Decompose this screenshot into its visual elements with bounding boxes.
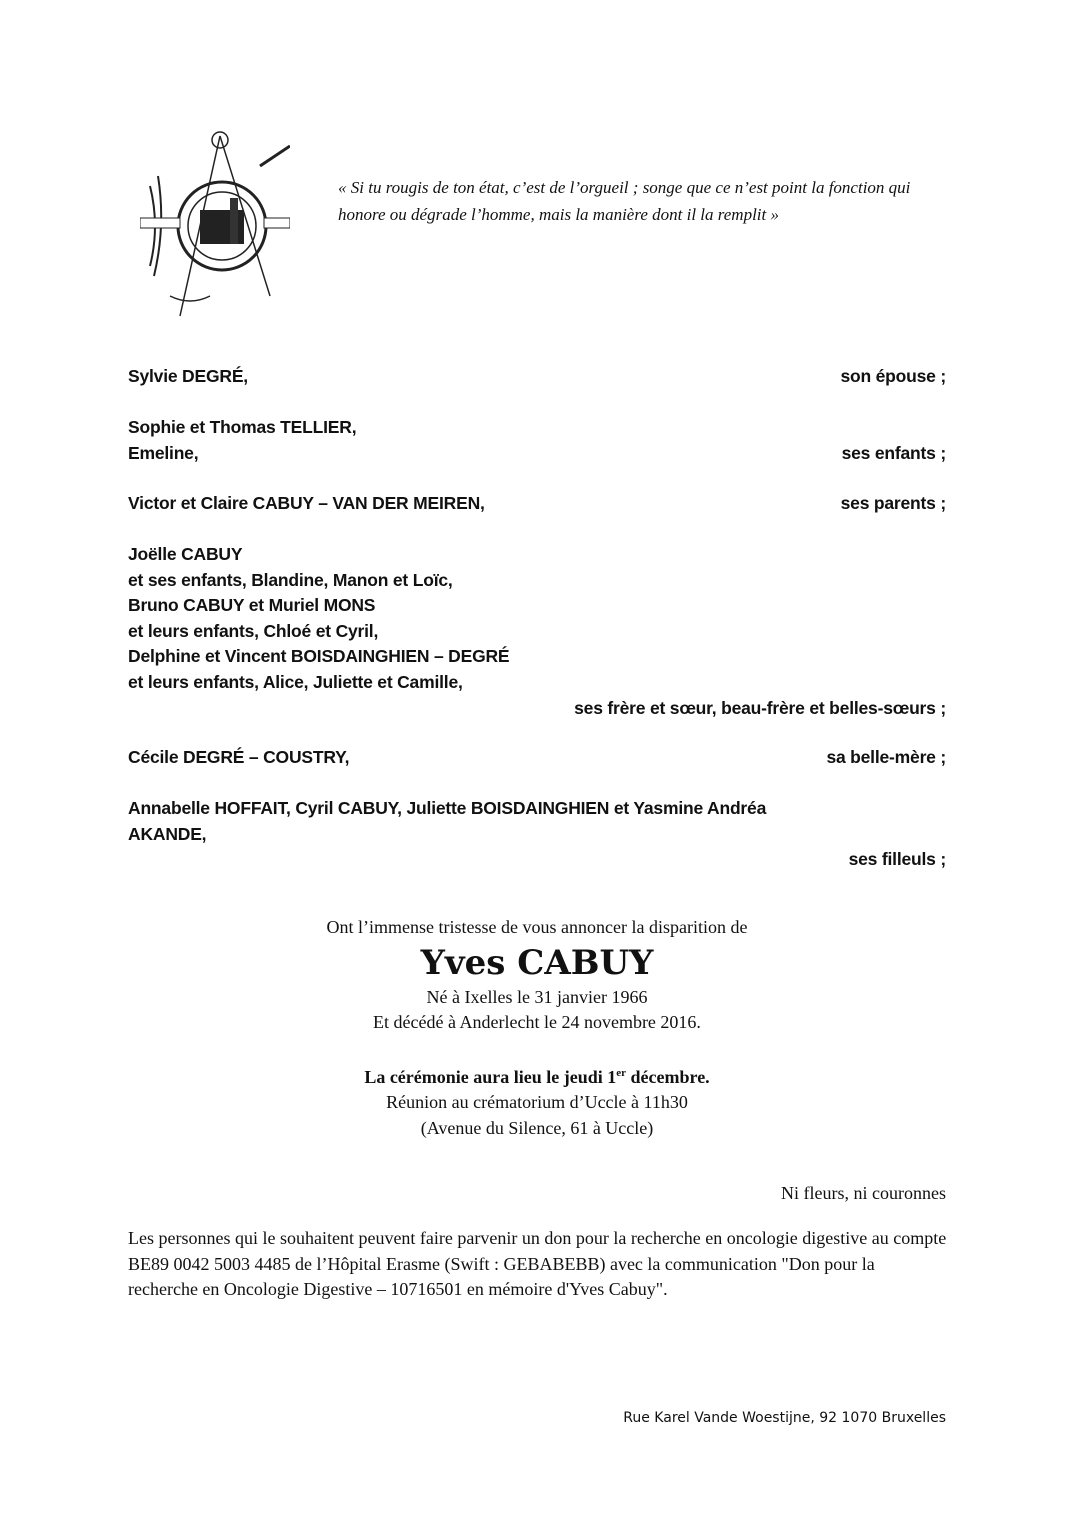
family-entry-godchildren: Annabelle HOFFAIT, Cyril CABUY, Juliette… xyxy=(128,796,946,873)
announcement: Ont l’immense tristesse de vous annoncer… xyxy=(128,915,946,1142)
family-entry-siblings: Joëlle CABUY et ses enfants, Blandine, M… xyxy=(128,542,946,721)
family-name: et ses enfants, Blandine, Manon et Loïc, xyxy=(128,568,946,594)
family-entry-mother-in-law: Cécile DEGRÉ – COUSTRY,sa belle-mère ; xyxy=(128,745,946,771)
masonic-quote: « Si tu rougis de ton état, c’est de l’o… xyxy=(338,174,938,228)
family-name: AKANDE, xyxy=(128,822,946,848)
family-name: Victor et Claire CABUY – VAN DER MEIREN, xyxy=(128,491,485,517)
family-name: Bruno CABUY et Muriel MONS xyxy=(128,593,946,619)
family-entry-parents: Victor et Claire CABUY – VAN DER MEIREN,… xyxy=(128,491,946,517)
family-name: et leurs enfants, Chloé et Cyril, xyxy=(128,619,946,645)
family-name: Sophie et Thomas TELLIER, xyxy=(128,415,946,441)
relation-label: ses enfants ; xyxy=(842,441,946,467)
family-name: Emeline, xyxy=(128,441,198,467)
family-name: Joëlle CABUY xyxy=(128,542,946,568)
family-name: et leurs enfants, Alice, Juliette et Cam… xyxy=(128,670,946,696)
family-name: Delphine et Vincent BOISDAINGHIEN – DEGR… xyxy=(128,644,946,670)
no-flowers-note: Ni fleurs, ni couronnes xyxy=(781,1183,946,1204)
birth-info: Né à Ixelles le 31 janvier 1966 xyxy=(128,985,946,1011)
relation-label: ses parents ; xyxy=(841,491,946,517)
family-entry-children: Sophie et Thomas TELLIER, Emeline,ses en… xyxy=(128,415,946,466)
relation-label: ses filleuls ; xyxy=(128,847,946,873)
family-name: Sylvie DEGRÉ, xyxy=(128,364,248,390)
donation-info: Les personnes qui le souhaitent peuvent … xyxy=(128,1226,948,1303)
ceremony-date: La cérémonie aura lieu le jeudi 1er déce… xyxy=(128,1061,946,1091)
family-entry-spouse: Sylvie DEGRÉ,son épouse ; xyxy=(128,364,946,390)
relation-label: ses frère et sœur, beau-frère et belles-… xyxy=(128,696,946,722)
relation-label: sa belle-mère ; xyxy=(826,745,946,771)
relation-label: son épouse ; xyxy=(840,364,946,390)
deceased-name: Yves CABUY xyxy=(128,941,946,985)
family-name: Annabelle HOFFAIT, Cyril CABUY, Juliette… xyxy=(128,796,946,822)
ceremony-meeting: Réunion au crématorium d’Uccle à 11h30 xyxy=(128,1090,946,1116)
death-info: Et décédé à Anderlecht le 24 novembre 20… xyxy=(128,1010,946,1036)
announcement-intro: Ont l’immense tristesse de vous annoncer… xyxy=(128,915,946,941)
masonic-emblem-icon xyxy=(140,126,290,326)
ceremony-location: (Avenue du Silence, 61 à Uccle) xyxy=(128,1116,946,1142)
address: Rue Karel Vande Woestijne, 92 1070 Bruxe… xyxy=(623,1410,946,1426)
family-name: Cécile DEGRÉ – COUSTRY, xyxy=(128,745,349,771)
